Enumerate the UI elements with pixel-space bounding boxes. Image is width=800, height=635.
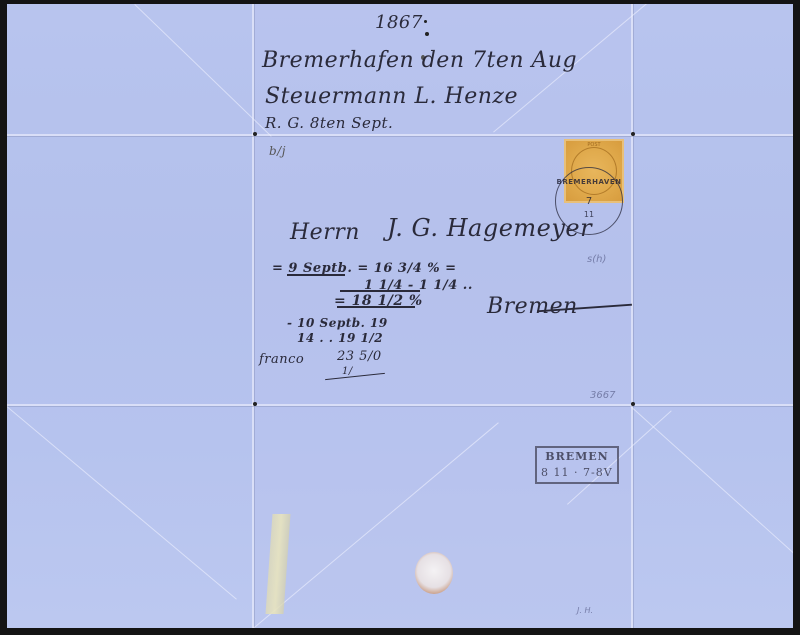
sender-note: b/j: [269, 144, 286, 158]
boxed-postmark-town: BREMEN: [537, 450, 617, 463]
fold-pin-mark: [631, 132, 635, 136]
boxed-postmark: BREMEN 8 11 · 7-8V: [535, 446, 619, 484]
addressee-city: Bremen: [487, 294, 578, 319]
postmark-town: BREMERHAVEN: [556, 178, 622, 186]
calc-underline-3: [337, 306, 415, 308]
fold-pin-mark: [253, 402, 257, 406]
fold-line-right: [631, 4, 633, 628]
calc-underline-1: [287, 274, 345, 276]
sender-line-2: Steuermann L. Henze: [265, 84, 518, 109]
year-docket: 1867: [375, 12, 423, 33]
fold-line-top: [7, 134, 793, 136]
fold-pin-mark: [631, 402, 635, 406]
addressee-salutation: Herrn: [290, 220, 360, 245]
letter-sheet: 1867 Bremerhafen den 7ten Aug Steuermann…: [7, 4, 793, 628]
crease: [7, 406, 237, 600]
boxed-postmark-date: 8 11 · 7-8V: [541, 466, 615, 479]
wax-seal-remnant: [415, 552, 453, 594]
calc-line-5: 14 . . 19 1/2: [297, 331, 383, 345]
pencil-note-bottom: J. H.: [577, 606, 593, 615]
fold-pin-mark: [253, 132, 257, 136]
postmark-month: 11: [556, 210, 622, 219]
fold-line-left: [252, 4, 254, 628]
calc-underline-2: [340, 290, 420, 292]
franco-label: franco: [259, 352, 304, 367]
pencil-note-stamp-side: s(h): [587, 254, 606, 265]
calc-line-4: - 10 Septb. 19: [287, 316, 388, 330]
circular-postmark: BREMERHAVEN 7 11: [555, 167, 623, 235]
sender-line-3: R. G. 8ten Sept.: [265, 114, 393, 132]
pencil-note-margin: 3667: [590, 390, 615, 401]
crease: [630, 406, 793, 561]
fold-line-middle: [7, 404, 793, 406]
franco-value: 23 5/0: [337, 349, 382, 364]
ink-blot: [424, 20, 427, 23]
sender-line-1: Bremerhafen den 7ten Aug: [262, 48, 577, 73]
postmark-day: 7: [556, 196, 622, 207]
ink-blot: [425, 32, 429, 36]
